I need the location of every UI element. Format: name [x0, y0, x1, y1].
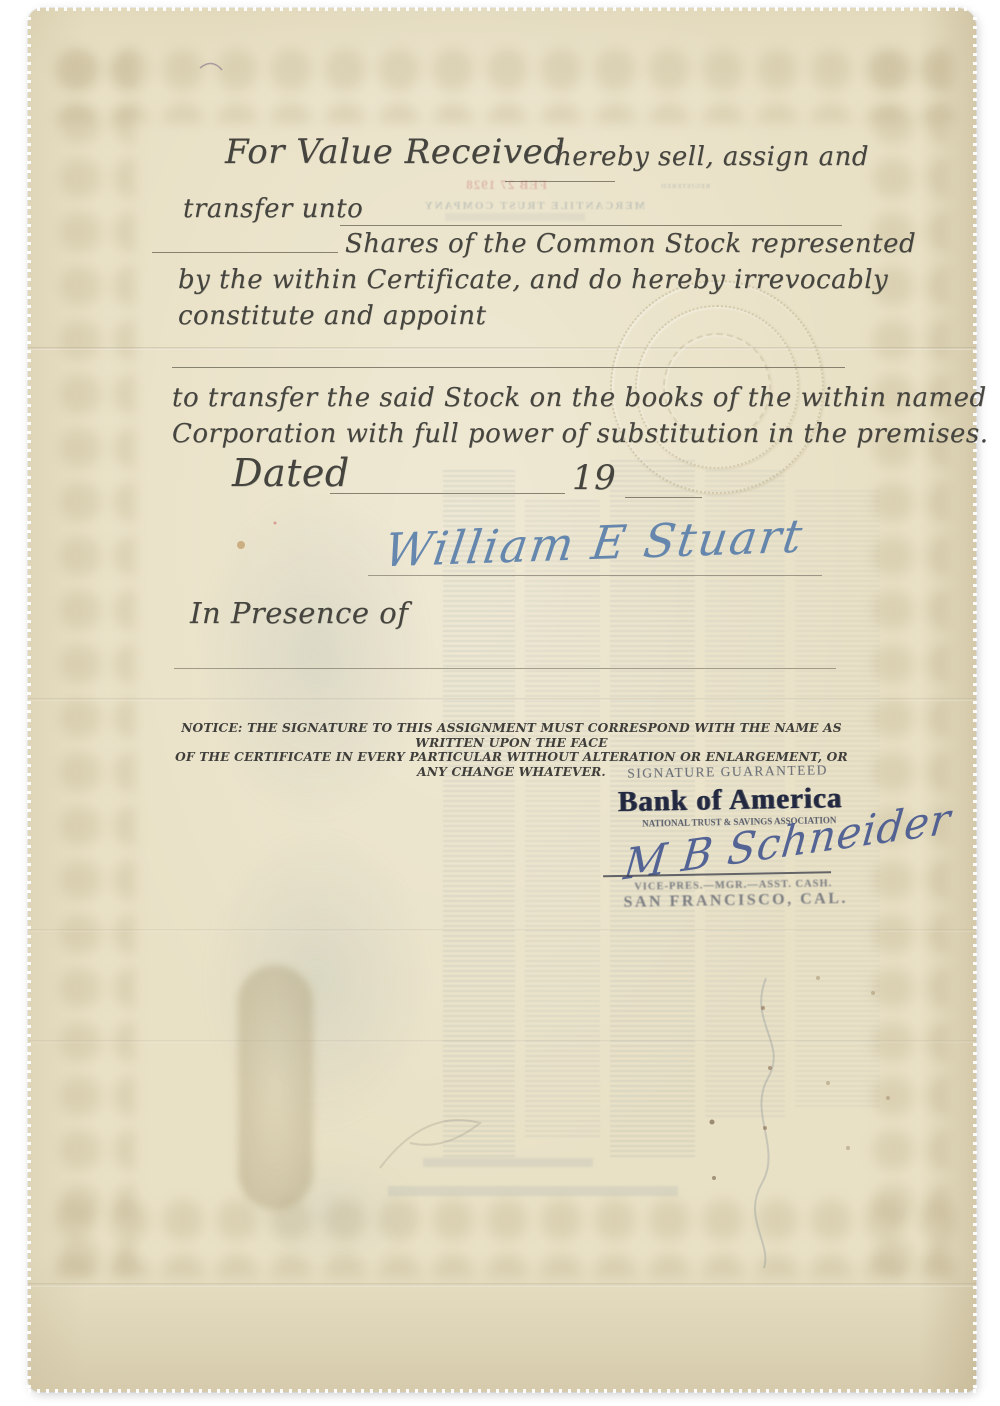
ink-speck [763, 1126, 767, 1130]
ink-speck [712, 1176, 716, 1180]
paper-dimple [871, 991, 875, 995]
paper-dimple [826, 1081, 830, 1085]
ink-speck [768, 1066, 772, 1070]
pencil-mark [380, 1120, 480, 1168]
red-speck [274, 522, 277, 525]
certificate-paper: FEB 27 1928 REGISTERED MERCANTILE TRUST … [28, 8, 976, 1392]
rust-spot [237, 541, 245, 549]
paper-dimple [886, 1096, 890, 1100]
scan-background: { "paper": { "base_color": "#e9e1c6", "b… [0, 0, 1000, 1406]
ink-speck [710, 1120, 715, 1125]
ink-squiggle [755, 978, 774, 1268]
ink-arc [200, 63, 222, 70]
paper-dimple [816, 976, 820, 980]
ink-speck [761, 1006, 765, 1010]
stray-marks-overlay [28, 8, 976, 1392]
paper-dimple [846, 1146, 850, 1150]
